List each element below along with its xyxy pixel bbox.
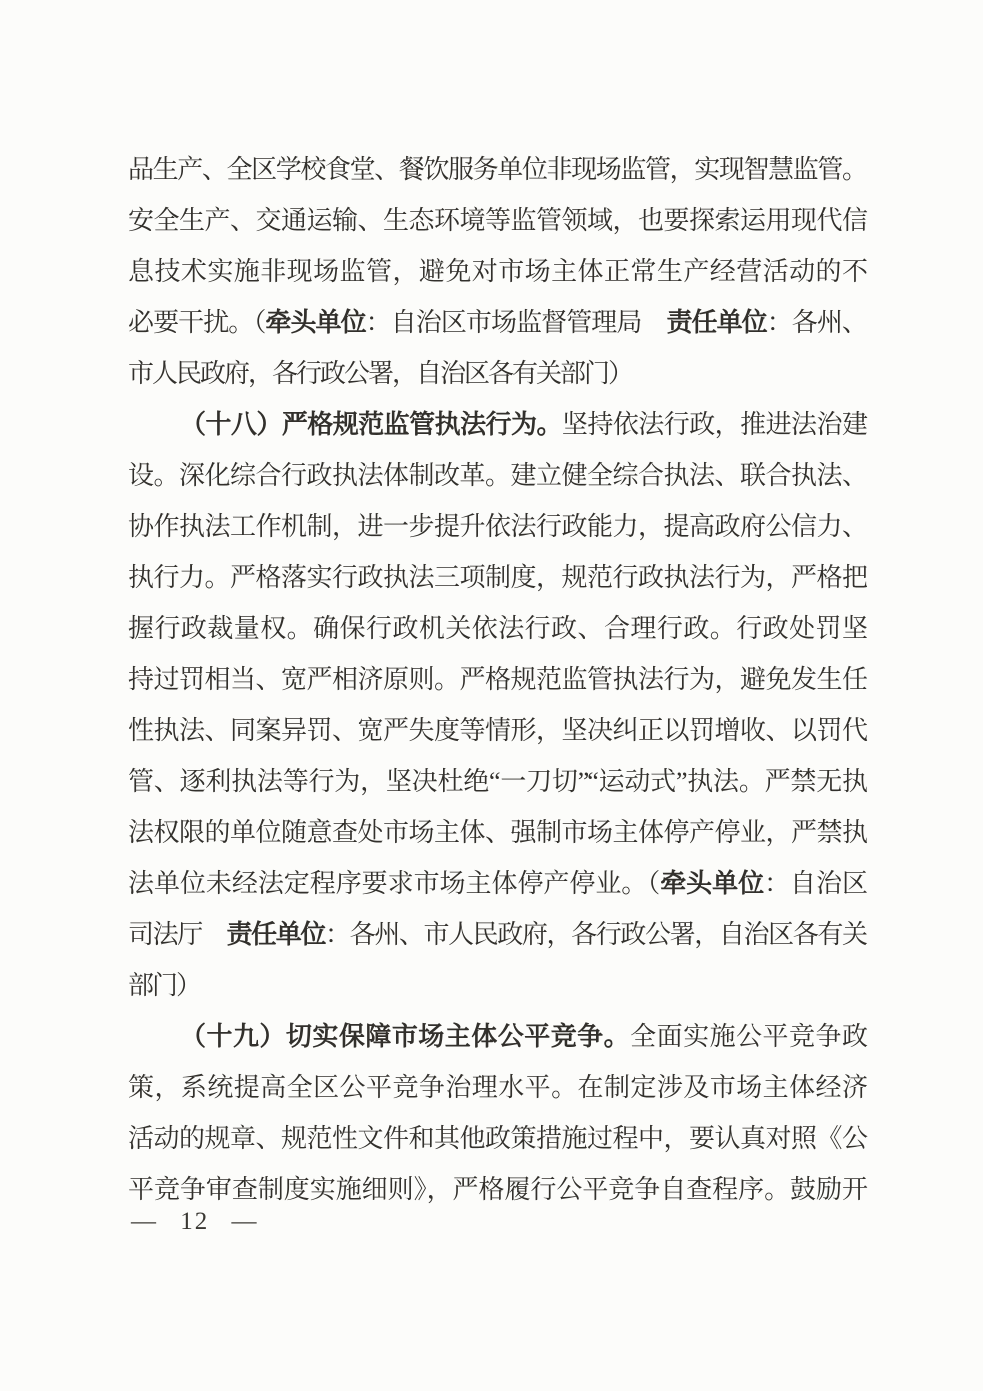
body-text-segment: ：各州、 <box>767 308 866 337</box>
text-line: 执行力。严格落实行政执法三项制度，规范行政执法行为，严格把 <box>128 552 866 603</box>
body-text-segment: 管、逐利执法等行为，坚决杜绝“一刀切”“运动式”执法。严禁无执 <box>128 767 866 796</box>
emphasis-text-segment: 责任单位 <box>226 920 324 949</box>
body-text-segment: 平竞争审查制度实施细则》，严格履行公平竞争自查程序。鼓励开 <box>128 1175 866 1204</box>
text-block: 品生产、全区学校食堂、餐饮服务单位非现场监管，实现智慧监管。安全生产、交通运输、… <box>128 144 866 1215</box>
body-text-segment: ：自治区 <box>764 869 866 898</box>
page-number: — 12 — <box>131 1202 259 1242</box>
paragraph: （十九）切实保障市场主体公平竞争。全面实施公平竞争政策，系统提高全区公平竞争治理… <box>128 1011 866 1215</box>
paragraph: （十八）严格规范监管执法行为。坚持依法行政，推进法治建设。深化综合行政执法体制改… <box>128 399 866 1011</box>
body-text-segment: 息技术实施非现场监管，避免对市场主体正常生产经营活动的不 <box>128 257 866 286</box>
text-line: 品生产、全区学校食堂、餐饮服务单位非现场监管，实现智慧监管。 <box>128 144 866 195</box>
text-line: 持过罚相当、宽严相济原则。严格规范监管执法行为，避免发生任 <box>128 654 866 705</box>
text-line: 部门） <box>128 960 866 1011</box>
text-line: 握行政裁量权。确保行政机关依法行政、合理行政。行政处罚坚 <box>128 603 866 654</box>
text-line: 息技术实施非现场监管，避免对市场主体正常生产经营活动的不 <box>128 246 866 297</box>
text-line: 设。深化综合行政执法体制改革。建立健全综合执法、联合执法、 <box>128 450 866 501</box>
emphasis-text-segment: 牵头单位 <box>660 869 764 898</box>
body-text-segment: 法权限的单位随意查处市场主体、强制市场主体停产停业，严禁执 <box>128 818 866 847</box>
body-text-segment: ：自治区市场监督管理局 <box>366 308 667 337</box>
text-line: 司法厅 责任单位：各州、市人民政府，各行政公署，自治区各有关 <box>128 909 866 960</box>
text-line: 必要干扰。（牵头单位：自治区市场监督管理局 责任单位：各州、 <box>128 297 866 348</box>
body-text-segment: 安全生产、交通运输、生态环境等监管领域，也要探索运用现代信 <box>128 206 866 235</box>
emphasis-text-segment: 牵头单位 <box>265 308 365 337</box>
text-line: 策，系统提高全区公平竞争治理水平。在制定涉及市场主体经济 <box>128 1062 866 1113</box>
text-line: （十九）切实保障市场主体公平竞争。全面实施公平竞争政 <box>128 1011 866 1062</box>
text-line: 安全生产、交通运输、生态环境等监管领域，也要探索运用现代信 <box>128 195 866 246</box>
text-line: 活动的规章、规范性文件和其他政策措施过程中，要认真对照《公 <box>128 1113 866 1164</box>
text-line: 法单位未经法定程序要求市场主体停产停业。（牵头单位：自治区 <box>128 858 866 909</box>
text-line: 性执法、同案异罚、宽严失度等情形，坚决纠正以罚增收、以罚代 <box>128 705 866 756</box>
body-text-segment: 部门） <box>128 971 200 1000</box>
body-text-segment: 协作执法工作机制，进一步提升依法行政能力，提高政府公信力、 <box>128 512 866 541</box>
body-text-segment: ：各州、市人民政府，各行政公署，自治区各有关 <box>325 920 866 949</box>
body-text-segment: 性执法、同案异罚、宽严失度等情形，坚决纠正以罚增收、以罚代 <box>128 716 866 745</box>
body-text-segment: 品生产、全区学校食堂、餐饮服务单位非现场监管，实现智慧监管。 <box>128 155 866 184</box>
body-text-segment: 策，系统提高全区公平竞争治理水平。在制定涉及市场主体经济 <box>128 1073 866 1102</box>
body-text-segment: 必要干扰。（ <box>128 308 265 337</box>
paragraph: 品生产、全区学校食堂、餐饮服务单位非现场监管，实现智慧监管。安全生产、交通运输、… <box>128 144 866 399</box>
emphasis-text-segment: （十八）严格规范监管执法行为。 <box>180 410 562 439</box>
text-line: 协作执法工作机制，进一步提升依法行政能力，提高政府公信力、 <box>128 501 866 552</box>
body-text-segment: 活动的规章、规范性文件和其他政策措施过程中，要认真对照《公 <box>128 1124 866 1153</box>
text-line: 管、逐利执法等行为，坚决杜绝“一刀切”“运动式”执法。严禁无执 <box>128 756 866 807</box>
body-text-segment: 司法厅 <box>128 920 226 949</box>
body-text-segment: 坚持依法行政，推进法治建 <box>562 410 866 439</box>
text-line: 市人民政府，各行政公署，自治区各有关部门） <box>128 348 866 399</box>
emphasis-text-segment: 责任单位 <box>666 308 766 337</box>
body-text-segment: 设。深化综合行政执法体制改革。建立健全综合执法、联合执法、 <box>128 461 866 490</box>
body-text-segment: 握行政裁量权。确保行政机关依法行政、合理行政。行政处罚坚 <box>128 614 866 643</box>
text-line: （十八）严格规范监管执法行为。坚持依法行政，推进法治建 <box>128 399 866 450</box>
body-text-segment: 执行力。严格落实行政执法三项制度，规范行政执法行为，严格把 <box>128 563 866 592</box>
body-text-segment: 法单位未经法定程序要求市场主体停产停业。（ <box>128 869 660 898</box>
emphasis-text-segment: （十九）切实保障市场主体公平竞争。 <box>180 1022 630 1051</box>
document-page: 品生产、全区学校食堂、餐饮服务单位非现场监管，实现智慧监管。安全生产、交通运输、… <box>0 0 983 1391</box>
body-text-segment: 全面实施公平竞争政 <box>630 1022 866 1051</box>
body-text-segment: 持过罚相当、宽严相济原则。严格规范监管执法行为，避免发生任 <box>128 665 866 694</box>
body-text-segment: 市人民政府，各行政公署，自治区各有关部门） <box>128 359 632 388</box>
text-line: 法权限的单位随意查处市场主体、强制市场主体停产停业，严禁执 <box>128 807 866 858</box>
